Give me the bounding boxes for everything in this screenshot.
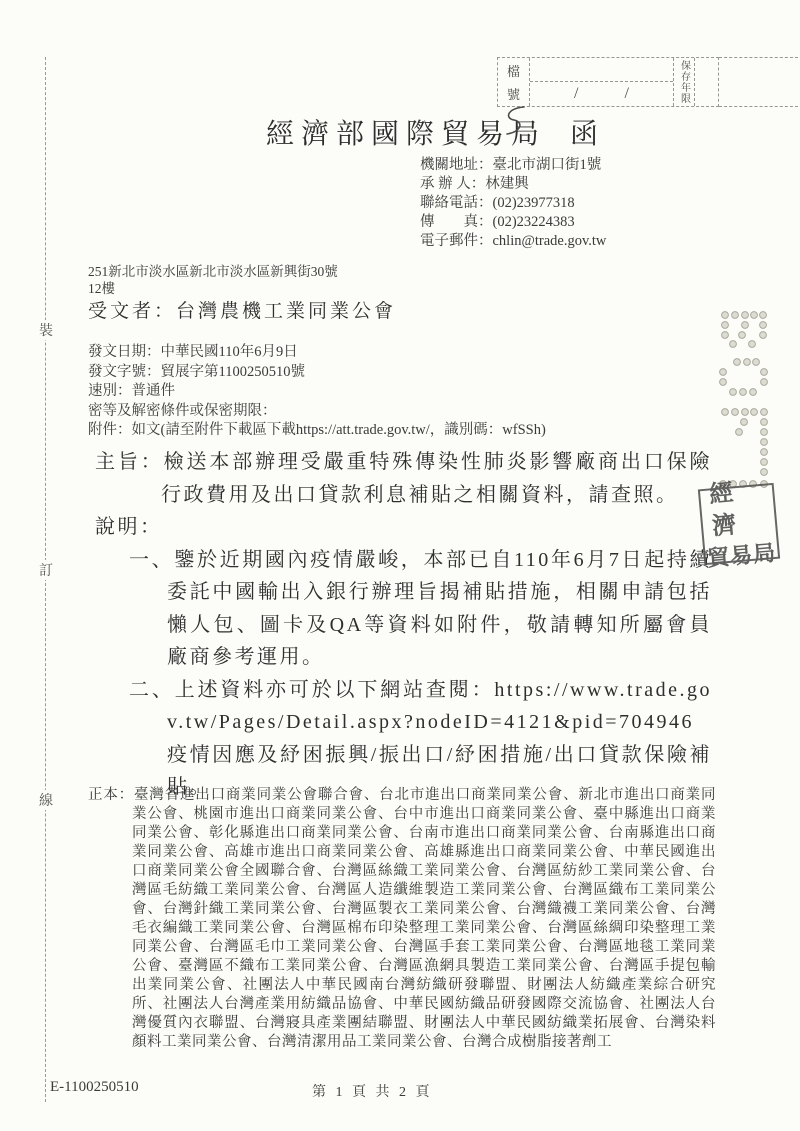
slash-mark: /	[574, 85, 578, 103]
item-number: 二、	[129, 679, 175, 701]
dot-matrix-mark	[700, 298, 790, 498]
file-number-upper-cell	[530, 58, 673, 82]
file-number-lower-cell: / /	[530, 82, 673, 106]
list-item: 二、上述資料亦可於以下網站查閱：https://www.trade.gov.tw…	[129, 674, 712, 804]
footer-page-number: 第 1 頁 共 2 頁	[312, 1081, 433, 1101]
meta-speed-class: 速別：普通件	[88, 382, 546, 402]
file-number-label: 檔 號	[498, 58, 530, 106]
file-char-top: 檔	[507, 61, 520, 80]
contact-label: 聯絡電話：	[420, 195, 493, 211]
stamp-text-row: 經濟	[699, 474, 776, 544]
subject-paragraph: 主旨：檢送本部辦理受嚴重特殊傳染性肺炎影響廠商出口保險行政費用及出口貸款利息補貼…	[95, 446, 712, 511]
slash-mark: /	[625, 85, 629, 103]
meta-issue-date: 發文日期：中華民國110年6月9日	[88, 343, 546, 363]
page-title: 經濟部國際貿易局函	[266, 112, 605, 152]
binding-mark-ding: 訂	[37, 560, 55, 580]
subject-label: 主旨：	[95, 451, 164, 473]
binding-mark-zhuang: 裝	[37, 320, 55, 340]
contact-phone-row: 聯絡電話：(02)23977318	[420, 194, 606, 213]
subject-text: 檢送本部辦理受嚴重特殊傳染性肺炎影響廠商出口保險行政費用及出口貸款利息補貼之相關…	[161, 451, 712, 506]
contact-label: 機關地址：	[420, 157, 493, 173]
doc-type-label: 函	[570, 119, 605, 150]
contact-value: (02)23977318	[493, 195, 575, 211]
recipient-name: 台灣農機工業同業公會	[176, 301, 396, 322]
pen-mark	[500, 103, 534, 137]
contact-value: 臺北市湖口街1號	[493, 157, 602, 173]
stamp-text-row: 貿易局	[706, 538, 777, 574]
recipient-line: 受文者：台灣農機工業同業公會	[88, 296, 396, 323]
meta-security-class: 密等及解密條件或保密期限：	[88, 402, 546, 422]
file-char-bottom: 號	[507, 84, 520, 103]
explanation-label: 說明：	[95, 511, 712, 544]
address-line: 251新北市淡水區新北市淡水區新興街30號	[88, 263, 338, 280]
contact-address-row: 機關地址：臺北市湖口街1號	[420, 156, 606, 175]
contact-label: 承 辦 人：	[420, 176, 485, 192]
addressee-address: 251新北市淡水區新北市淡水區新興街30號 12樓	[88, 263, 338, 297]
recipients-label: 正本：	[88, 787, 134, 803]
item-text: 上述資料亦可於以下網站查閱：https://www.trade.gov.tw/P…	[167, 679, 712, 799]
meta-doc-number: 發文字號：貿展字第1100250510號	[88, 363, 546, 383]
file-number-field: / /	[530, 58, 674, 106]
contact-fax-row: 傳 真：(02)23224383	[420, 213, 606, 232]
agency-stamp: 經濟 貿易局	[698, 483, 780, 565]
contact-label: 傳 真：	[420, 214, 493, 230]
list-item: 一、鑒於近期國內疫情嚴峻，本部已自110年6月7日起持續委託中國輸出入銀行辦理旨…	[129, 544, 712, 674]
archive-number-box: 檔 號 / / 保存年限	[497, 57, 719, 107]
contact-value: (02)23224383	[493, 214, 575, 230]
address-line: 12樓	[88, 280, 338, 297]
footer-doc-code: E-1100250510	[50, 1079, 139, 1096]
contact-label: 電子郵件：	[420, 233, 493, 249]
binding-mark-xian: 線	[37, 790, 55, 810]
archive-box-extension-line	[719, 106, 798, 107]
contact-email-row: 電子郵件：chlin@trade.gov.tw	[420, 232, 606, 251]
document-page: 檔 號 / / 保存年限 經濟部國際貿易局函 機關地址：臺北市湖口街1號 承 辦…	[0, 0, 800, 1131]
meta-attachment: 附件：如文(請至附件下載區下載https://att.trade.gov.tw/…	[88, 421, 546, 441]
archive-box-extension-line	[719, 57, 798, 58]
letter-body: 主旨：檢送本部辦理受嚴重特殊傳染性肺炎影響廠商出口保險行政費用及出口貸款利息補貼…	[95, 446, 712, 804]
document-meta: 發文日期：中華民國110年6月9日 發文字號：貿展字第1100250510號 速…	[88, 343, 546, 441]
recipients-block: 正本：臺灣省進出口商業同業公會聯合會、台北市進出口商業同業公會、新北市進出口商業…	[88, 786, 716, 1052]
recipients-text: 臺灣省進出口商業同業公會聯合會、台北市進出口商業同業公會、新北市進出口商業同業公…	[132, 787, 716, 1050]
item-text: 鑒於近期國內疫情嚴峻，本部已自110年6月7日起持續委託中國輸出入銀行辦理旨揭補…	[167, 549, 712, 669]
item-number: 一、	[129, 549, 174, 571]
recipient-label: 受文者：	[88, 301, 176, 322]
contact-value: 林建興	[485, 176, 529, 192]
contact-value: chlin@trade.gov.tw	[493, 233, 607, 249]
recipients-paragraph: 正本：臺灣省進出口商業同業公會聯合會、台北市進出口商業同業公會、新北市進出口商業…	[88, 786, 716, 1052]
explanation-items: 一、鑒於近期國內疫情嚴峻，本部已自110年6月7日起持續委託中國輸出入銀行辦理旨…	[129, 544, 712, 804]
contact-block: 機關地址：臺北市湖口街1號 承 辦 人：林建興 聯絡電話：(02)2397731…	[420, 156, 606, 251]
retention-period-label: 保存年限	[674, 58, 695, 106]
retention-period-field	[695, 58, 718, 106]
contact-person-row: 承 辦 人：林建興	[420, 175, 606, 194]
